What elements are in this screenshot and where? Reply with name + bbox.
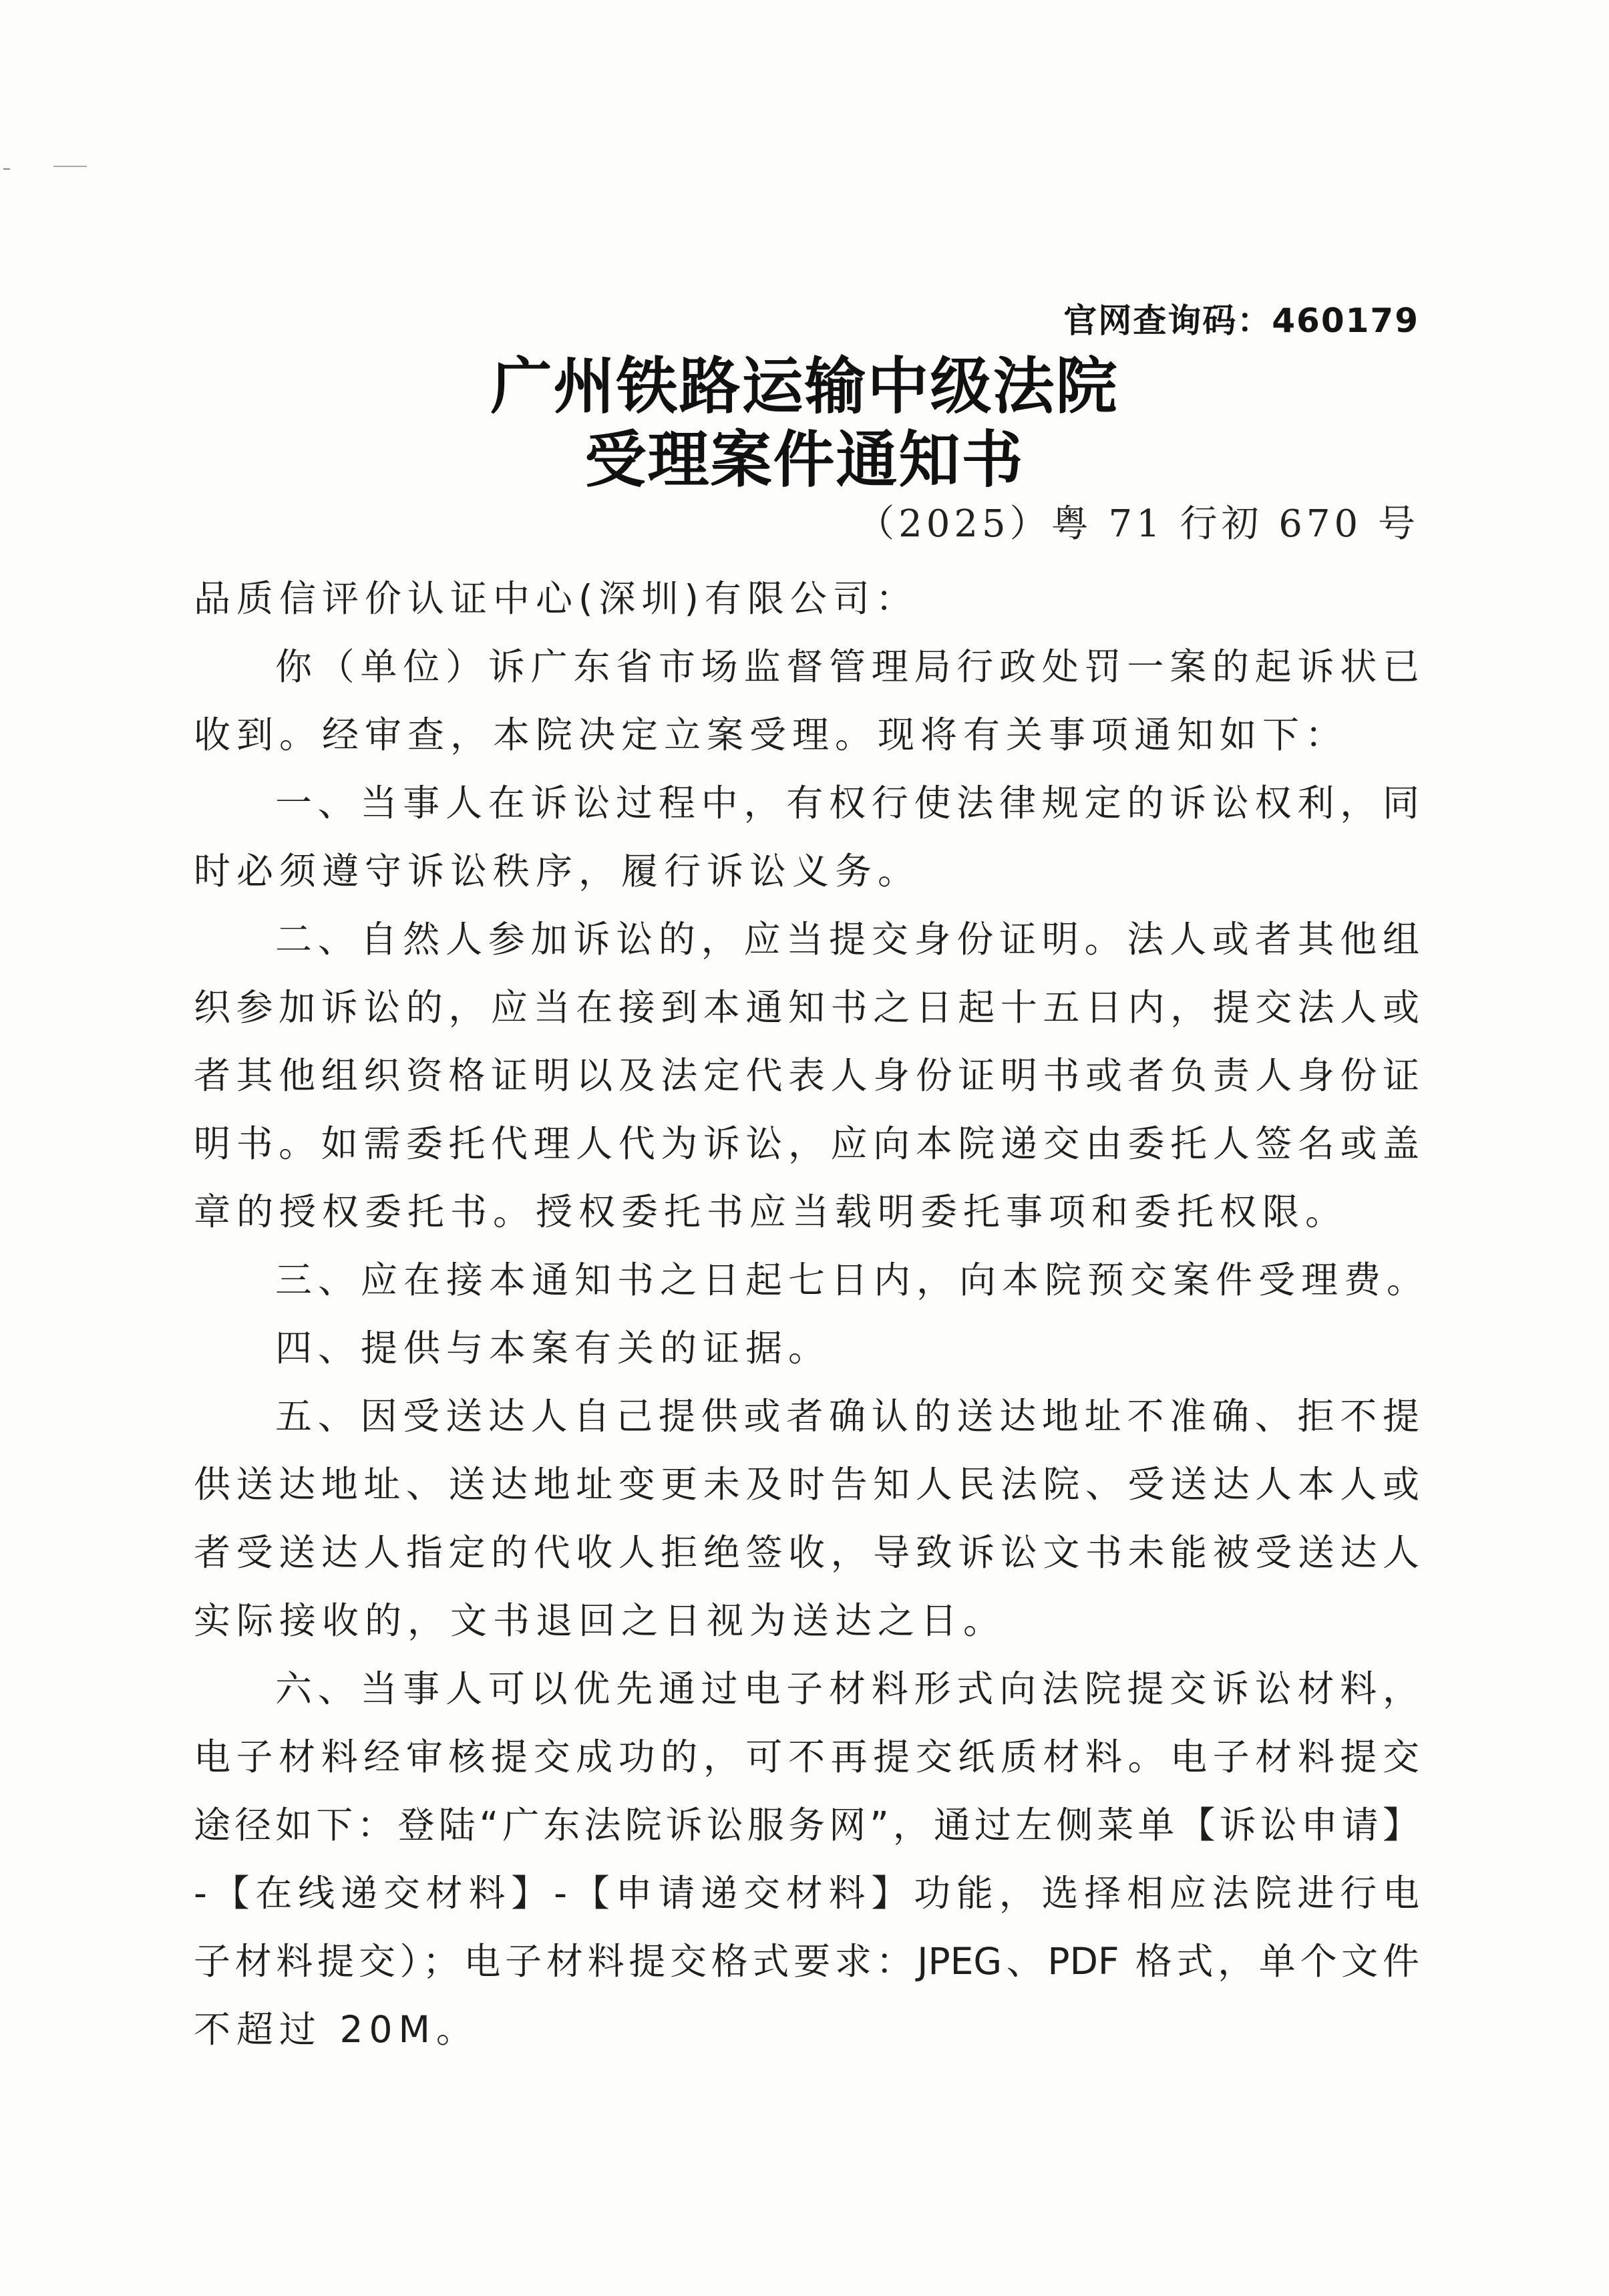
scan-artifact <box>3 168 10 170</box>
query-code-label: 官网查询码： <box>1063 301 1272 340</box>
body-line: 三、应在接本通知书之日起七日内，向本院预交案件受理费。 <box>194 1246 1419 1314</box>
body-line: 电子材料经审核提交成功的，可不再提交纸质材料。电子材料提交 <box>194 1723 1419 1791</box>
body-line: 章的授权委托书。授权委托书应当载明委托事项和委托权限。 <box>194 1178 1419 1246</box>
case-number: （2025）粤 71 行初 670 号 <box>857 494 1419 548</box>
body-line: 子材料提交）；电子材料提交格式要求：JPEG、PDF 格式，单个文件 <box>194 1927 1419 1995</box>
query-code: 官网查询码：460179 <box>1063 294 1419 342</box>
body-line: 途径如下：登陆“广东法院诉讼服务网”，通过左侧菜单【诉讼申请】 <box>194 1791 1419 1859</box>
body-line: 织参加诉讼的，应当在接到本通知书之日起十五日内，提交法人或 <box>194 973 1419 1041</box>
body-line: 者受送达人指定的代收人拒绝签收，导致诉讼文书未能被受送达人 <box>194 1518 1419 1587</box>
body-line: 明书。如需委托代理人代为诉讼，应向本院递交由委托人签名或盖 <box>194 1110 1419 1178</box>
query-code-value: 460179 <box>1272 301 1419 340</box>
body-line: 六、当事人可以优先通过电子材料形式向法院提交诉讼材料， <box>194 1655 1419 1723</box>
body-lines: 你（单位）诉广东省市场监督管理局行政处罚一案的起诉状已收到。经审查，本院决定立案… <box>194 633 1419 2064</box>
recipient: 品质信评价认证中心(深圳)有限公司： <box>194 564 1419 633</box>
document-body: 品质信评价认证中心(深圳)有限公司： 你（单位）诉广东省市场监督管理局行政处罚一… <box>194 564 1419 2064</box>
body-line: 时必须遵守诉讼秩序，履行诉讼义务。 <box>194 837 1419 905</box>
body-line: -【在线递交材料】-【申请递交材料】功能，选择相应法院进行电 <box>194 1859 1419 1927</box>
body-line: 者其他组织资格证明以及法定代表人身份证明书或者负责人身份证 <box>194 1041 1419 1110</box>
body-line: 四、提供与本案有关的证据。 <box>194 1314 1419 1382</box>
body-line: 二、自然人参加诉讼的，应当提交身份证明。法人或者其他组 <box>194 905 1419 973</box>
body-line: 你（单位）诉广东省市场监督管理局行政处罚一案的起诉状已 <box>194 633 1419 701</box>
scan-artifact <box>53 166 87 167</box>
document-title: 受理案件通知书 <box>0 411 1609 499</box>
body-line: 不超过 20M。 <box>194 1995 1419 2064</box>
body-line: 实际接收的，文书退回之日视为送达之日。 <box>194 1587 1419 1655</box>
body-line: 供送达地址、送达地址变更未及时告知人民法院、受送达人本人或 <box>194 1450 1419 1518</box>
body-line: 收到。经审查，本院决定立案受理。现将有关事项通知如下： <box>194 701 1419 769</box>
body-line: 一、当事人在诉讼过程中，有权行使法律规定的诉讼权利，同 <box>194 769 1419 837</box>
body-line: 五、因受送达人自己提供或者确认的送达地址不准确、拒不提 <box>194 1382 1419 1450</box>
